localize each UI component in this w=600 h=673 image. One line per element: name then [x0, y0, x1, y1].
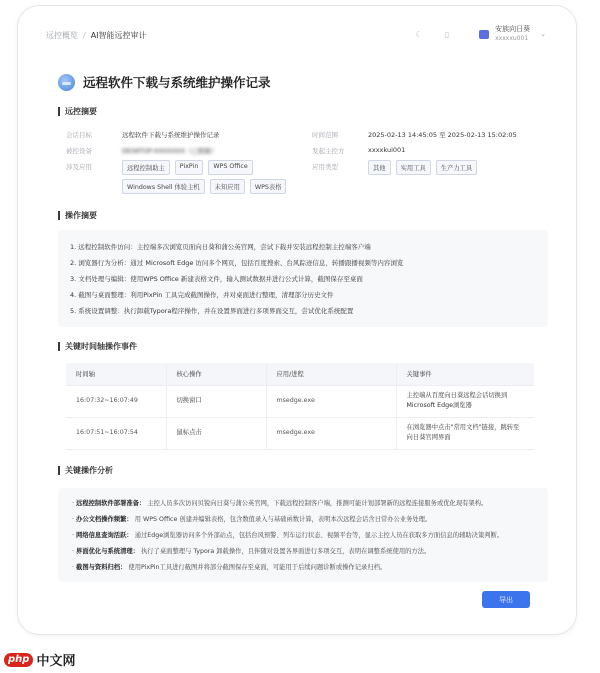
table-row[interactable]: 16:07:32~16:07:49切换窗口msedge.exe主控端从百度向日葵…: [66, 385, 534, 417]
field-time-range: 时间范围 2025-02-13 14:45:05 至 2025-02-13 15…: [312, 128, 517, 139]
table-header-row: 时间轴核心操作应用/进程关键事件: [66, 363, 534, 385]
field-value: 远程软件下载与系统维护操作记录: [122, 128, 220, 139]
user-id: xxxxxu001: [495, 34, 530, 43]
field-label: 会话目标: [66, 128, 122, 139]
cell-process: msedge.exe: [266, 385, 396, 417]
export-button[interactable]: 导出: [482, 591, 530, 608]
field-controller: 发起主控方 xxxxkui001: [312, 144, 405, 155]
section-timeline-heading: 关键时间轴操作事件: [58, 339, 548, 353]
app-tag: 远程控制助主: [122, 160, 170, 175]
app-tag: Windows Shell 体验主机: [122, 179, 205, 194]
column-header: 关键事件: [396, 363, 534, 385]
cell-event: 在浏览器中点击"常用文档"链接，跳转至向日葵官网界面: [396, 417, 534, 449]
operation-summary-list: 1. 远程控制软件访问：主控端多次浏览页面向日葵和蒲公英官网，尝试下载并安装远程…: [58, 230, 548, 327]
user-menu[interactable]: 安族向日葵 xxxxxu001 ⌄: [479, 25, 546, 43]
analysis-item: · 截图与资料归档： 使用PixPin工具进行截图并将部分截图保存至桌面，可能用…: [72, 560, 538, 576]
app-type-tags: 其他实用工具生产力工具: [368, 160, 543, 175]
summary-item: 2. 浏览器行为分析：通过 Microsoft Edge 访问多个网页，包括百度…: [70, 255, 536, 271]
page-title: 远程软件下载与系统维护操作记录: [83, 73, 271, 91]
app-type-tag: 其他: [368, 160, 391, 175]
analysis-item-title: 网络信息查询活跃：: [76, 532, 133, 539]
page-header: 远程软件下载与系统维护操作记录: [58, 68, 548, 96]
section-analysis-heading: 关键操作分析: [58, 464, 548, 478]
column-header: 核心操作: [166, 363, 266, 385]
analysis-item-title: 截图与资料归档：: [76, 564, 126, 571]
watermark-logo: php: [4, 653, 33, 667]
watermark: php 中文网: [4, 650, 75, 669]
analysis-item: · 网络信息查询活跃： 通过Edge浏览器访问多个外部站点，包括台风预警、列车运…: [72, 528, 538, 544]
analysis-item-text: 执行了桌面整理与 Typora 卸载操作，且伴随对设置各界面进行多项交互，表明在…: [139, 548, 430, 555]
field-apps: 涉及应用 远程控制助主PixPinWPS OfficeWindows Shell…: [66, 160, 297, 194]
app-tag: 未知应用: [210, 179, 245, 194]
field-label: 发起主控方: [312, 144, 368, 155]
analysis-item-title: 远程控制软件部署准备：: [76, 500, 145, 507]
section-title: 关键时间轴操作事件: [65, 341, 137, 352]
column-header: 时间轴: [66, 363, 166, 385]
analysis-item: · 界面优化与系统清理： 执行了桌面整理与 Typora 卸载操作，且伴随对设置…: [72, 544, 538, 560]
app-tags: 远程控制助主PixPinWPS OfficeWindows Shell 体验主机…: [122, 160, 297, 194]
summary-item: 1. 远程控制软件访问：主控端多次浏览页面向日葵和蒲公英官网，尝试下载并安装远程…: [70, 239, 536, 255]
report-content: 远程软件下载与系统维护操作记录 远控摘要 会话目标 远程软件下载与系统维护操作记…: [58, 68, 548, 582]
field-label: 时间范围: [312, 128, 368, 139]
top-bar: 远控概览 / AI智能远控审计 ☾ ▯ 安族向日葵 xxxxxu001 ⌄: [18, 6, 576, 56]
chevron-down-icon[interactable]: ⌄: [540, 30, 546, 38]
section-overview-heading: 远控摘要: [58, 104, 548, 118]
user-name: 安族向日葵: [495, 25, 530, 34]
document-icon[interactable]: ▯: [439, 26, 455, 42]
section-bar: [58, 107, 60, 116]
app-tag: WPS表格: [250, 179, 287, 194]
breadcrumb-root[interactable]: 远控概览: [46, 30, 78, 41]
analysis-item-text: 用 WPS Office 创建并编辑表格，包含数值录入与基础函数计算，表明本次远…: [133, 516, 432, 523]
analysis-item-title: 办公文档操作频繁：: [76, 516, 133, 523]
section-title: 关键操作分析: [65, 465, 113, 476]
overview-grid: 会话目标 远程软件下载与系统维护操作记录 被控设备 DESKTOP-XXXXXX…: [58, 128, 548, 202]
cloud-icon: [58, 74, 75, 91]
app-tag: WPS Office: [208, 160, 252, 175]
field-session-title: 会话目标 远程软件下载与系统维护操作记录: [66, 128, 220, 139]
app-type-tag: 实用工具: [396, 160, 431, 175]
app-type-tag: 生产力工具: [436, 160, 477, 175]
app-window: 远控概览 / AI智能远控审计 ☾ ▯ 安族向日葵 xxxxxu001 ⌄ 远程…: [17, 5, 577, 635]
timeline-table: 时间轴核心操作应用/进程关键事件 16:07:32~16:07:49切换窗口ms…: [66, 363, 534, 450]
field-label: 涉及应用: [66, 160, 122, 171]
watermark-text: 中文网: [36, 650, 75, 669]
cell-event: 主控端从百度向日葵远程会话切换到Microsoft Edge浏览器: [396, 385, 534, 417]
table-row[interactable]: 16:07:51~16:07:54鼠标点击msedge.exe在浏览器中点击"常…: [66, 417, 534, 449]
summary-item: 3. 文档处理与编辑：使用WPS Office 新建表格文件，输入测试数据并进行…: [70, 271, 536, 287]
cell-time: 16:07:32~16:07:49: [66, 385, 166, 417]
section-operation-summary-heading: 操作摘要: [58, 208, 548, 222]
column-header: 应用/进程: [266, 363, 396, 385]
summary-item: 4. 截图与桌面整理：利用PixPin 工具完成截图操作，并对桌面进行整理，清理…: [70, 287, 536, 303]
section-bar: [58, 211, 60, 220]
analysis-list: · 远程控制软件部署准备： 主控人员多次访问贝锐向日葵与蒲公英官网，下载远程控制…: [58, 488, 548, 582]
analysis-item-text: 通过Edge浏览器访问多个外部站点，包括台风预警、列车运行状态、视频平台等，显示…: [133, 532, 503, 539]
moon-icon[interactable]: ☾: [411, 26, 427, 42]
field-label: 应用类型: [312, 160, 368, 171]
breadcrumb: 远控概览 / AI智能远控审计: [46, 30, 147, 41]
breadcrumb-current: AI智能远控审计: [91, 30, 147, 41]
summary-item: 5. 系统设置调整：执行卸载Typora程序操作，并在设置界面进行多项界面交互，…: [70, 303, 536, 319]
cell-operation: 鼠标点击: [166, 417, 266, 449]
section-title: 远控摘要: [65, 106, 97, 117]
app-tag: PixPin: [175, 160, 204, 175]
field-value: xxxxkui001: [368, 144, 405, 154]
analysis-item-text: 使用PixPin工具进行截图并将部分截图保存至桌面，可能用于后续问题诊断或操作记…: [126, 564, 386, 571]
cell-process: msedge.exe: [266, 417, 396, 449]
top-actions: ☾ ▯ 安族向日葵 xxxxxu001 ⌄: [411, 25, 546, 43]
field-value: 2025-02-13 14:45:05 至 2025-02-13 15:02:0…: [368, 128, 517, 139]
section-bar: [58, 342, 60, 351]
cell-operation: 切换窗口: [166, 385, 266, 417]
analysis-item: · 远程控制软件部署准备： 主控人员多次访问贝锐向日葵与蒲公英官网，下载远程控制…: [72, 496, 538, 512]
section-title: 操作摘要: [65, 210, 97, 221]
field-app-types: 应用类型 其他实用工具生产力工具: [312, 160, 543, 175]
analysis-item: · 办公文档操作频繁： 用 WPS Office 创建并编辑表格，包含数值录入与…: [72, 512, 538, 528]
analysis-item-text: 主控人员多次访问贝锐向日葵与蒲公英官网，下载远程控制客户端，推测可能计划部署新的…: [145, 500, 487, 507]
analysis-item-title: 界面优化与系统清理：: [76, 548, 139, 555]
cell-time: 16:07:51~16:07:54: [66, 417, 166, 449]
field-label: 被控设备: [66, 144, 122, 155]
breadcrumb-separator: /: [83, 31, 86, 40]
field-device: 被控设备 DESKTOP-XXXXXXX（已脱敏）: [66, 144, 218, 155]
section-bar: [58, 466, 60, 475]
user-avatar: [479, 30, 489, 39]
field-value: DESKTOP-XXXXXXX（已脱敏）: [122, 144, 218, 155]
